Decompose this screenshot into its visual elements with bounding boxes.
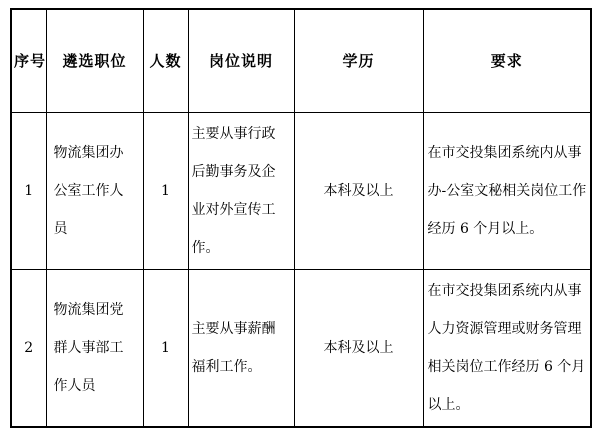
col-header-education: 学历 <box>294 9 423 112</box>
col-header-position: 遴选职位 <box>46 9 143 112</box>
header-row: 序号 遴选职位 人数 岗位说明 学历 要求 <box>11 9 591 112</box>
cell-count: 1 <box>143 269 188 427</box>
cell-requirements: 在市交投集团系统内从事 人力资源管理或财务管理 相关岗位工作经历 6 个月 以上… <box>423 269 591 427</box>
cell-position: 物流集团党 群人事部工 作人员 <box>46 269 143 427</box>
cell-position: 物流集团办 公室工作人 员 <box>46 112 143 269</box>
col-header-count: 人数 <box>143 9 188 112</box>
cell-description: 主要从事薪酬 福利工作。 <box>188 269 294 427</box>
cell-number: 1 <box>11 112 46 269</box>
cell-education: 本科及以上 <box>294 112 423 269</box>
selection-positions-table: 序号 遴选职位 人数 岗位说明 学历 要求 1 物流集团办 公室工作人 员 1 … <box>10 8 592 428</box>
table-row: 2 物流集团党 群人事部工 作人员 1 主要从事薪酬 福利工作。 本科及以上 在… <box>11 269 591 427</box>
document-page: 序号 遴选职位 人数 岗位说明 学历 要求 1 物流集团办 公室工作人 员 1 … <box>0 0 600 433</box>
cell-requirements: 在市交投集团系统内从事 办-公室文秘相关岗位工作 经历 6 个月以上。 <box>423 112 591 269</box>
cell-count: 1 <box>143 112 188 269</box>
col-header-number: 序号 <box>11 9 46 112</box>
table-row: 1 物流集团办 公室工作人 员 1 主要从事行政 后勤事务及企 业对外宣传工 作… <box>11 112 591 269</box>
col-header-requirements: 要求 <box>423 9 591 112</box>
cell-education: 本科及以上 <box>294 269 423 427</box>
cell-description: 主要从事行政 后勤事务及企 业对外宣传工 作。 <box>188 112 294 269</box>
col-header-description: 岗位说明 <box>188 9 294 112</box>
cell-number: 2 <box>11 269 46 427</box>
